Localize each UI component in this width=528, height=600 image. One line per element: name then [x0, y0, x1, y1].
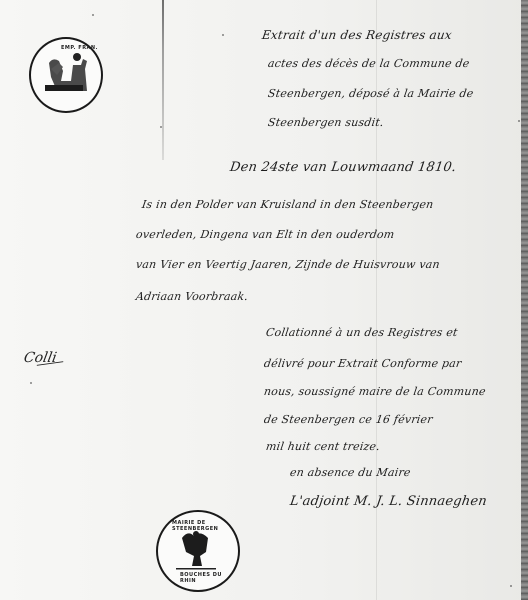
scan-speck	[518, 120, 520, 122]
header-line-3: Steenbergen, déposé à la Mairie de	[267, 87, 474, 100]
body-line-1: Is in den Polder van Kruisland in den St…	[141, 198, 434, 211]
seal-bottom-label-bottom: BOUCHES DU RHIN	[180, 572, 238, 584]
header-line-2: actes des décès de la Commune de	[267, 57, 470, 70]
mairie-seal-stamp: MAIRIE DE STEENBERGEN BOUCHES DU RHIN	[156, 510, 240, 592]
certification-line-3: nous, soussigné maire de la Commune	[263, 385, 487, 398]
signature: L'adjoint M. J. L. Sinnaeghen	[289, 494, 488, 509]
scan-speck	[510, 585, 512, 587]
date-line: Den 24ste van Louwmaand 1810.	[229, 160, 457, 175]
body-line-2: overleden, Dingena van Elt in den ouderd…	[135, 228, 395, 241]
paper-fold-mark	[162, 0, 164, 160]
certification-line-5: mil huit cent treize.	[265, 440, 381, 453]
certification-line-6: en absence du Maire	[289, 466, 411, 479]
document-page: EMP. FRAN. Extrait d'un des Registres au…	[0, 0, 528, 600]
certification-line-1: Collationné à un des Registres et	[265, 326, 458, 339]
certification-line-2: délivré pour Extrait Conforme par	[263, 357, 462, 370]
scan-speck	[160, 126, 162, 128]
certification-line-4: de Steenbergen ce 16 février	[263, 413, 433, 426]
imperial-seal-stamp: EMP. FRAN.	[29, 37, 103, 113]
seated-figure-icon	[31, 39, 97, 107]
scan-speck	[92, 14, 94, 16]
body-line-4: Adriaan Voorbraak.	[135, 290, 249, 303]
scan-edge	[521, 0, 528, 600]
body-line-3: van Vier en Veertig Jaaren, Zijnde de Hu…	[135, 258, 441, 271]
scan-speck	[222, 34, 224, 36]
margin-annotation: Colli	[23, 350, 58, 366]
header-line-4: Steenbergen susdit.	[267, 116, 384, 129]
scan-speck	[30, 382, 32, 384]
header-line-1: Extrait d'un des Registres aux	[261, 28, 453, 42]
